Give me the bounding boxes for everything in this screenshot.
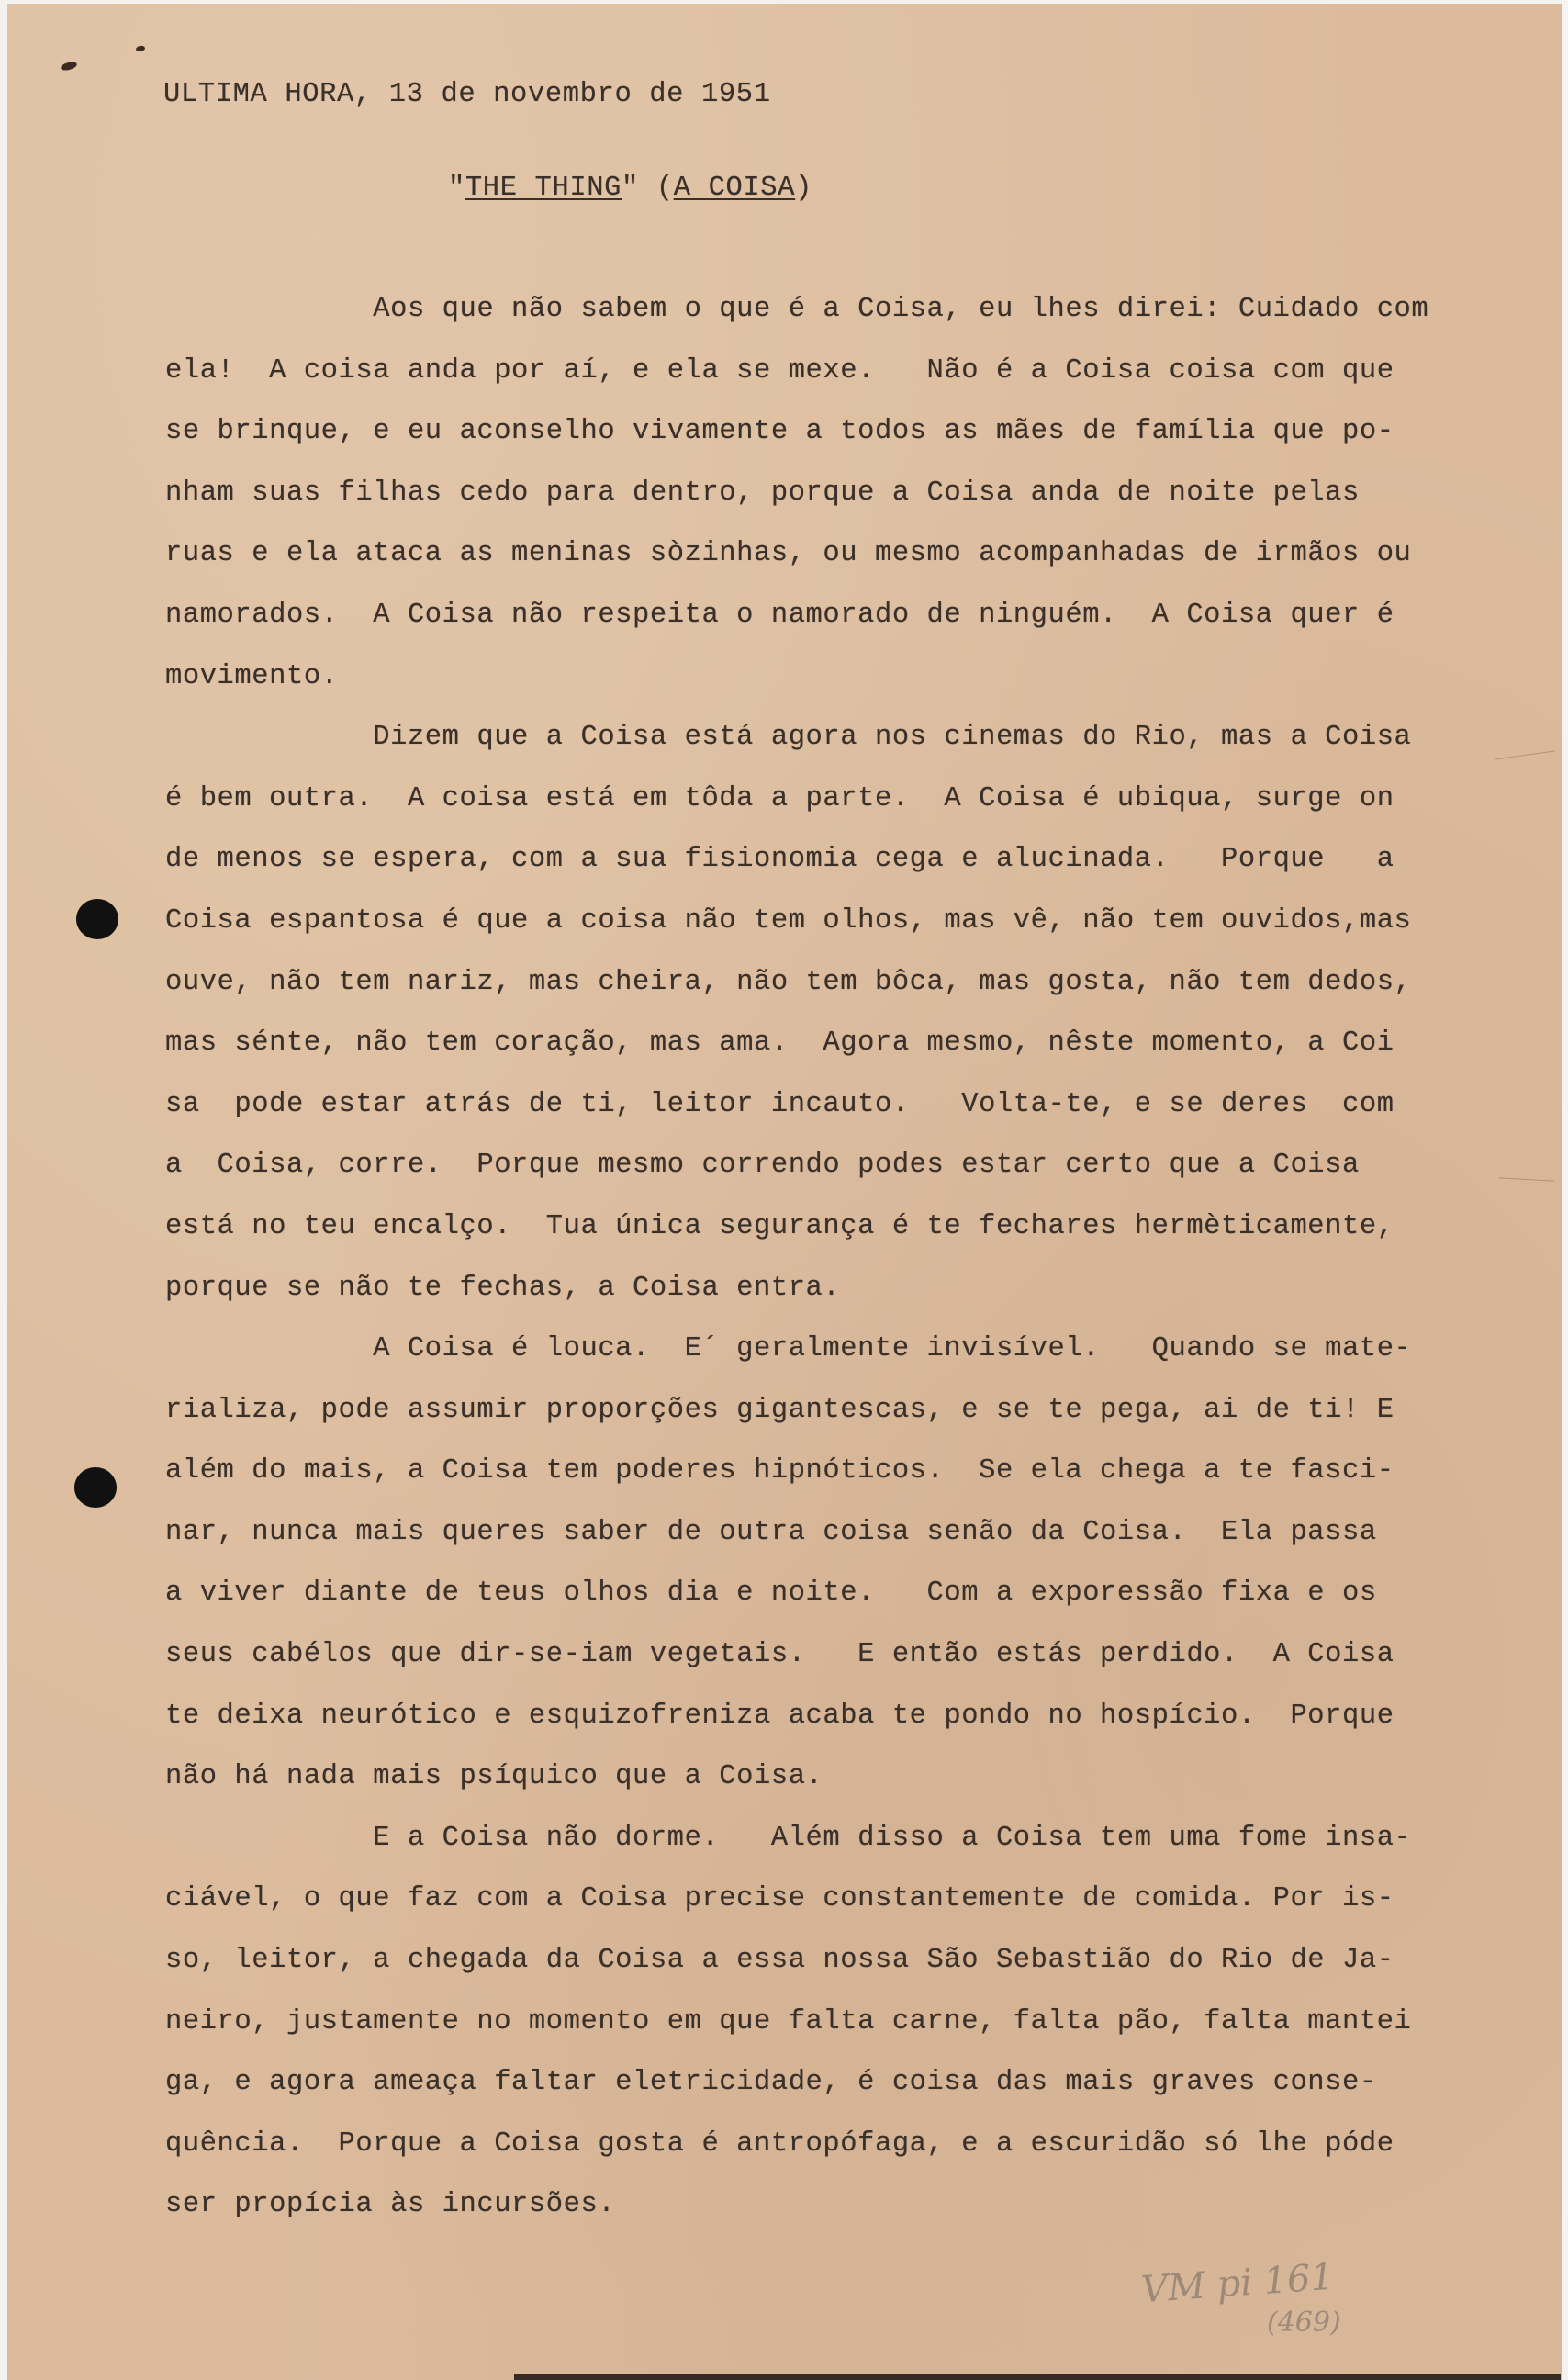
title-quote-open: " xyxy=(448,173,465,204)
paper-crease xyxy=(1495,750,1554,759)
text-line: ciável, o que faz com a Coisa precise co… xyxy=(165,1883,1487,1945)
text-line: ser propícia às incursões. xyxy=(165,2189,1487,2251)
page-number-pencil: (469) xyxy=(1267,2307,1341,2339)
title-quote-close: " xyxy=(622,173,639,204)
text-line: de menos se espera, com a sua fisionomia… xyxy=(165,844,1487,905)
paper-crease xyxy=(1499,1177,1554,1181)
scan-bottom-edge xyxy=(514,2374,1561,2380)
text-line: além do mais, a Coisa tem poderes hipnót… xyxy=(165,1455,1487,1517)
title-paren-close: ) xyxy=(795,173,812,204)
archive-pencil-mark: VM pi 161 xyxy=(1140,2256,1336,2312)
ink-blot xyxy=(60,61,77,72)
text-line: te deixa neurótico e esquizofreniza acab… xyxy=(165,1701,1487,1762)
text-line: está no teu encalço. Tua única segurança… xyxy=(165,1211,1487,1273)
newspaper-date-header: ULTIMA HORA, 13 de novembro de 1951 xyxy=(163,81,771,109)
text-line: ela! A coisa anda por aí, e ela se mexe.… xyxy=(165,355,1487,417)
text-line: mas sénte, não tem coração, mas ama. Ago… xyxy=(165,1027,1487,1089)
text-line: a Coisa, corre. Porque mesmo correndo po… xyxy=(165,1150,1487,1211)
text-line: a viver diante de teus olhos dia e noite… xyxy=(165,1577,1487,1639)
text-line: se brinque, e eu aconselho vivamente a t… xyxy=(165,416,1487,477)
punch-hole-icon xyxy=(74,1467,117,1508)
text-line: Aos que não sabem o que é a Coisa, eu lh… xyxy=(165,294,1487,355)
text-line: namorados. A Coisa não respeita o namora… xyxy=(165,600,1487,661)
ink-blot xyxy=(136,45,146,52)
text-line: Coisa espantosa é que a coisa não tem ol… xyxy=(165,905,1487,967)
title-paren-open: ( xyxy=(639,173,674,204)
text-line: ouve, não tem nariz, mas cheira, não tem… xyxy=(165,967,1487,1028)
text-line: rializa, pode assumir proporções gigante… xyxy=(165,1395,1487,1456)
text-line: A Coisa é louca. E´ geralmente invisível… xyxy=(165,1333,1487,1395)
text-line: seus cabélos que dir-se-iam vegetais. E … xyxy=(165,1639,1487,1701)
text-line: ruas e ela ataca as meninas sòzinhas, ou… xyxy=(165,538,1487,600)
text-line: neiro, justamente no momento em que falt… xyxy=(165,2006,1487,2068)
text-line: porque se não te fechas, a Coisa entra. xyxy=(165,1273,1487,1334)
text-line: Dizem que a Coisa está agora nos cinemas… xyxy=(165,722,1487,783)
scan-border xyxy=(1562,0,1568,2380)
text-line: so, leitor, a chegada da Coisa a essa no… xyxy=(165,1945,1487,2006)
text-line: sa pode estar atrás de ti, leitor incaut… xyxy=(165,1089,1487,1151)
title-english: THE THING xyxy=(465,173,622,204)
text-line: é bem outra. A coisa está em tôda a part… xyxy=(165,783,1487,845)
typewritten-page: ULTIMA HORA, 13 de novembro de 1951 "THE… xyxy=(7,4,1562,2380)
article-title: "THE THING" (A COISA) xyxy=(448,174,812,203)
title-portuguese: A COISA xyxy=(674,173,795,204)
text-line: nham suas filhas cedo para dentro, porqu… xyxy=(165,477,1487,539)
text-line: ga, e agora ameaça faltar eletricidade, … xyxy=(165,2067,1487,2128)
text-line: movimento. xyxy=(165,661,1487,723)
text-line: quência. Porque a Coisa gosta é antropóf… xyxy=(165,2128,1487,2190)
text-line: nar, nunca mais queres saber de outra co… xyxy=(165,1517,1487,1578)
article-body: Aos que não sabem o que é a Coisa, eu lh… xyxy=(165,294,1487,2251)
text-line: E a Coisa não dorme. Além disso a Coisa … xyxy=(165,1823,1487,1884)
punch-hole-icon xyxy=(76,899,118,939)
text-line: não há nada mais psíquico que a Coisa. xyxy=(165,1761,1487,1823)
